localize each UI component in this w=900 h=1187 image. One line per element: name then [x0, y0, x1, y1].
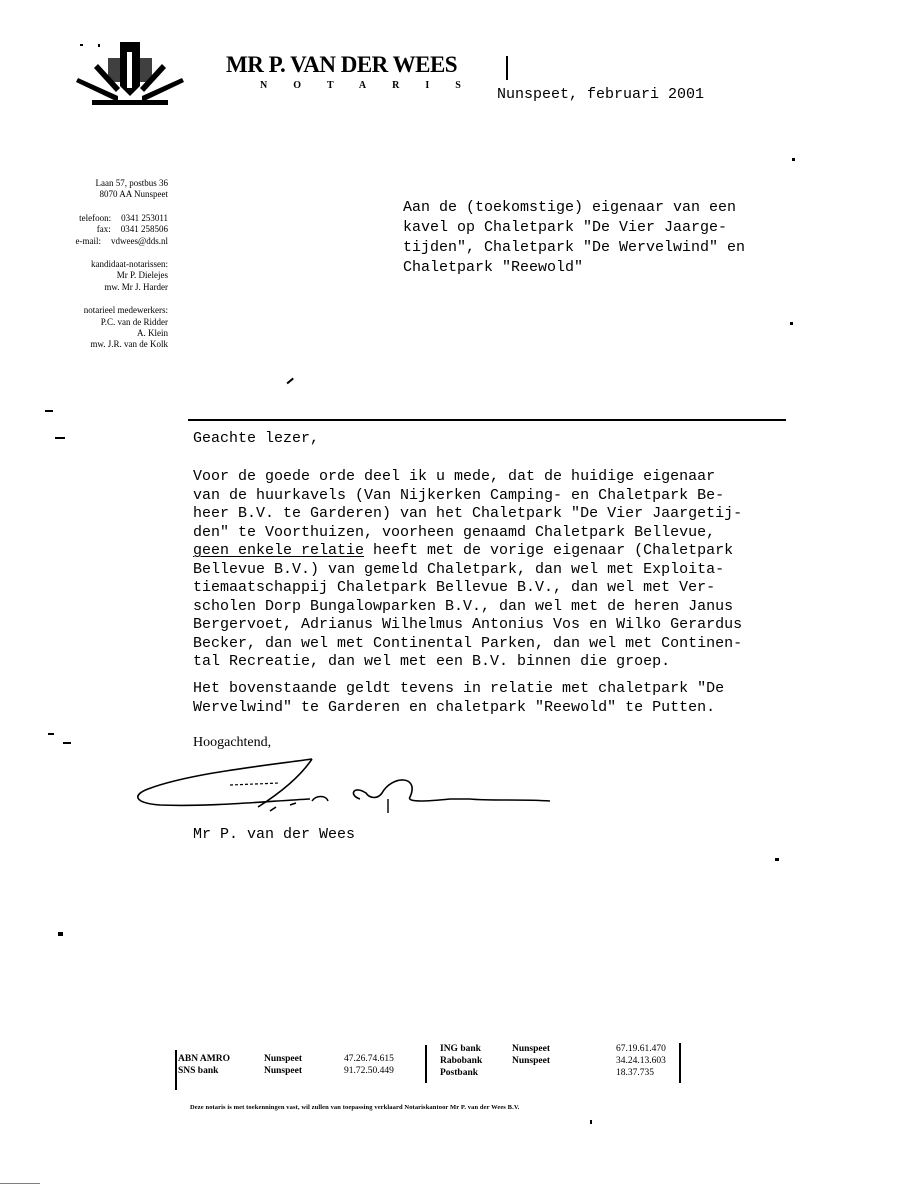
contact-label: e-mail: [75, 236, 101, 247]
bank-name: Rabobank [440, 1055, 512, 1067]
scan-speck [63, 742, 71, 744]
place-date: Nunspeet, februari 2001 [497, 86, 704, 103]
scan-speck [286, 378, 293, 384]
scan-speck [792, 158, 795, 161]
candidates-block: kandidaat-notarissen: Mr P. Dielejes mw.… [40, 259, 168, 293]
bank-name: SNS bank [178, 1065, 264, 1077]
contact-value: 0341 258506 [121, 224, 168, 235]
body-paragraph-1: Voor de goede orde deel ik u mede, dat d… [193, 468, 742, 672]
staff-name: A. Klein [40, 328, 168, 339]
scan-speck [58, 932, 63, 936]
contact-value: 0341 253011 [121, 213, 168, 224]
bank-row: SNS bankNunspeet91.72.50.449 [178, 1065, 434, 1077]
bank-account: 91.72.50.449 [344, 1065, 434, 1077]
bank-divider [175, 1050, 177, 1090]
bank-name: ING bank [440, 1043, 512, 1055]
address-line: Laan 57, postbus 36 [40, 178, 168, 189]
contact-fax: fax:0341 258506 [40, 224, 168, 235]
recipient-address: Aan de (toekomstige) eigenaar van een ka… [403, 198, 803, 278]
bank-account: 67.19.61.470 [616, 1043, 706, 1055]
scan-speck [775, 858, 779, 861]
contact-block: telefoon:0341 253011 fax:0341 258506 e-m… [40, 213, 168, 247]
horizontal-rule [188, 419, 786, 421]
bank-place: Nunspeet [512, 1043, 616, 1055]
body-paragraph-2: Het bovenstaande geldt tevens in relatie… [193, 680, 724, 717]
firm-subtitle: NOTARIS [260, 80, 487, 91]
bank-details-left: ABN AMRONunspeet47.26.74.615 SNS bankNun… [178, 1053, 434, 1077]
bank-place: Nunspeet [512, 1055, 616, 1067]
signature-icon [130, 755, 570, 815]
bank-place: Nunspeet [264, 1065, 344, 1077]
staff-name: mw. J.R. van de Kolk [40, 339, 168, 350]
scan-speck [55, 437, 65, 439]
underlined-phrase: geen enkele relatie [193, 542, 364, 559]
contact-email: e-mail:vdwees@dds.nl [40, 236, 168, 247]
scan-speck [0, 1183, 40, 1184]
candidates-title: kandidaat-notarissen: [40, 259, 168, 270]
bank-row: ABN AMRONunspeet47.26.74.615 [178, 1053, 434, 1065]
sunburst-emblem-icon [70, 38, 190, 108]
bank-name: Postbank [440, 1067, 512, 1079]
staff-name: P.C. van de Ridder [40, 317, 168, 328]
footer-note: Deze notaris is met toekenningen vast, w… [190, 1104, 520, 1111]
candidate-name: mw. Mr J. Harder [40, 282, 168, 293]
staff-title: notarieel medewerkers: [40, 305, 168, 316]
salutation: Geachte lezer, [193, 430, 319, 447]
bank-account: 34.24.13.603 [616, 1055, 706, 1067]
closing: Hoogachtend, [193, 735, 271, 751]
bank-details-right: ING bankNunspeet67.19.61.470 RabobankNun… [440, 1043, 706, 1079]
letterhead-sidebar: Laan 57, postbus 36 8070 AA Nunspeet tel… [40, 178, 168, 363]
scan-speck [590, 1120, 592, 1124]
contact-label: telefoon: [79, 213, 111, 224]
bank-place: Nunspeet [264, 1053, 344, 1065]
bank-place [512, 1067, 616, 1079]
header-divider [506, 56, 508, 80]
bank-row: ING bankNunspeet67.19.61.470 [440, 1043, 706, 1055]
bank-name: ABN AMRO [178, 1053, 264, 1065]
firm-name: MR P. VAN DER WEES [226, 52, 457, 78]
scan-speck [790, 322, 793, 325]
para1-text: heeft met de vorige eigenaar (Chaletpark… [193, 542, 742, 670]
staff-block: notarieel medewerkers: P.C. van de Ridde… [40, 305, 168, 351]
para1-text: Voor de goede orde deel ik u mede, dat d… [193, 468, 742, 541]
address-line: 8070 AA Nunspeet [40, 189, 168, 200]
scan-speck [45, 410, 53, 412]
signatory-name: Mr P. van der Wees [193, 826, 355, 843]
scan-speck [48, 733, 54, 735]
candidate-name: Mr P. Dielejes [40, 270, 168, 281]
bank-account: 18.37.735 [616, 1067, 706, 1079]
contact-phone: telefoon:0341 253011 [40, 213, 168, 224]
contact-value: vdwees@dds.nl [111, 236, 168, 247]
bank-account: 47.26.74.615 [344, 1053, 434, 1065]
bank-row: Postbank18.37.735 [440, 1067, 706, 1079]
bank-row: RabobankNunspeet34.24.13.603 [440, 1055, 706, 1067]
contact-label: fax: [97, 224, 111, 235]
address-block: Laan 57, postbus 36 8070 AA Nunspeet [40, 178, 168, 201]
